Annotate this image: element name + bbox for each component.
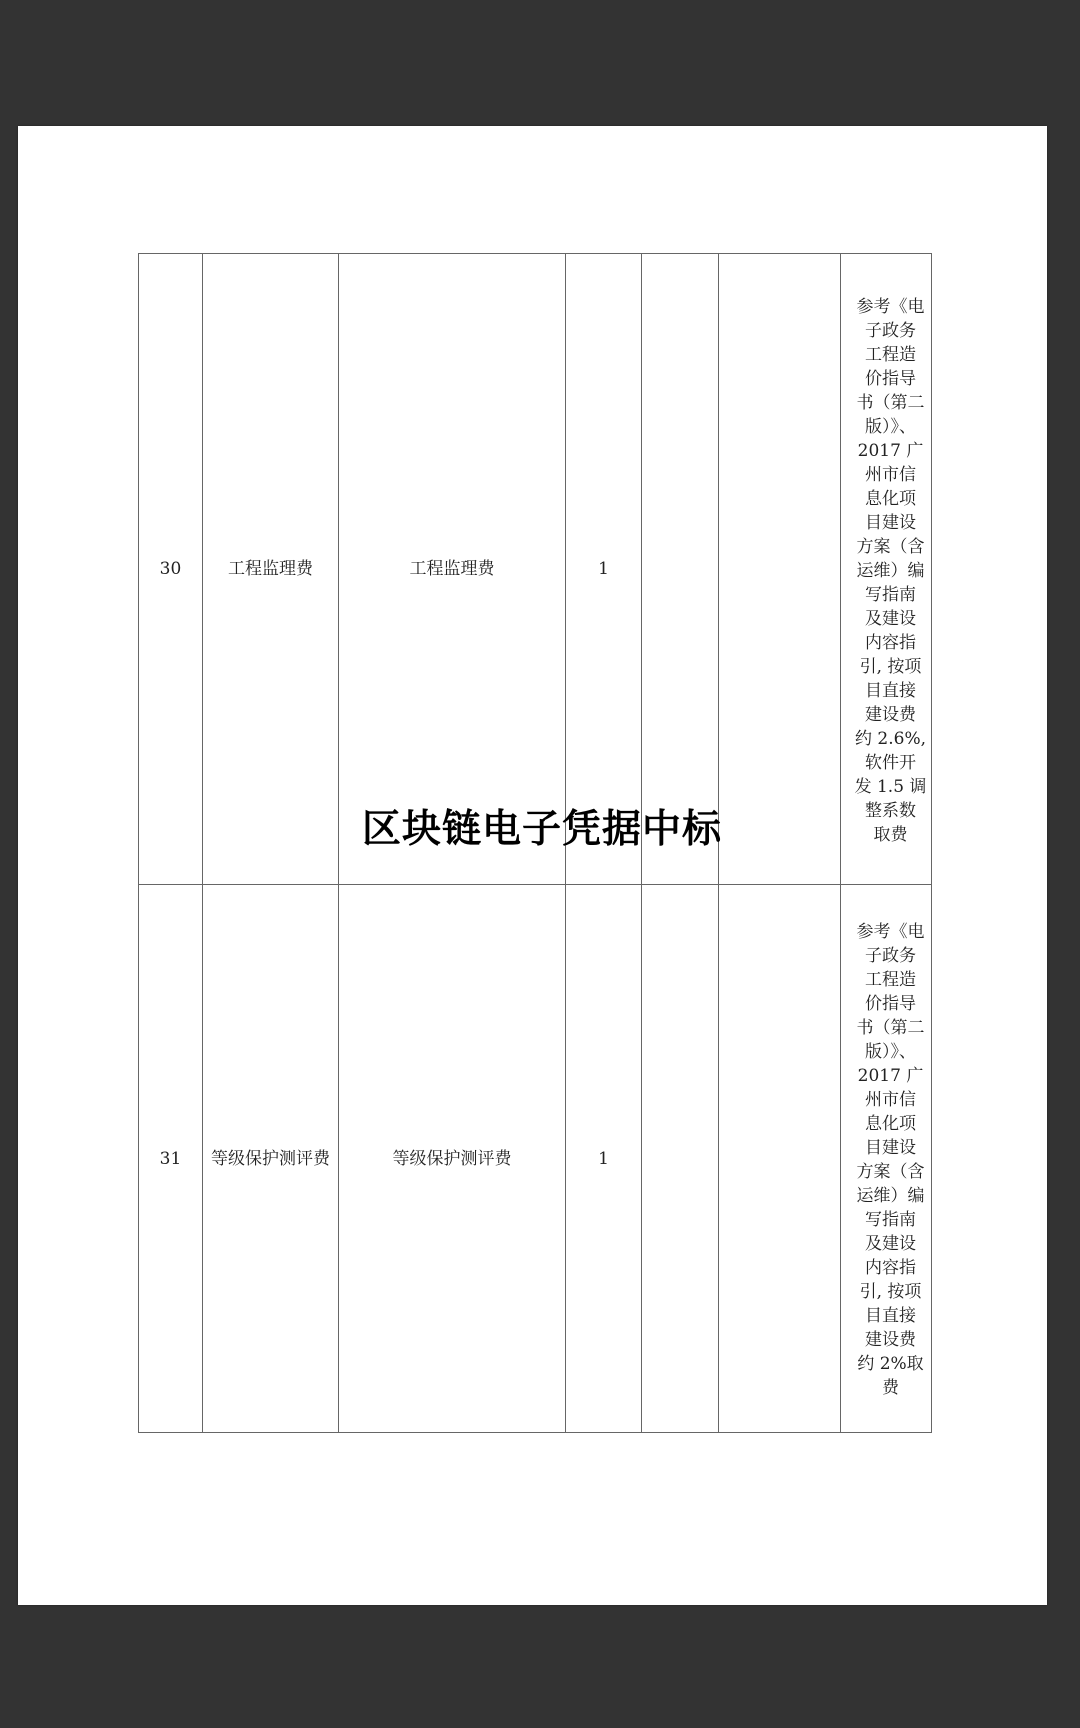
remark-line: 整系数 (850, 799, 931, 823)
remark-line: 约 2%取 (850, 1352, 931, 1376)
row-number: 31 (139, 885, 203, 1433)
table-row: 30 工程监理费 工程监理费 1 参考《电子政务工程造价指导书（第二版）》、20… (139, 254, 932, 885)
remark-line: 发 1.5 调 (850, 775, 931, 799)
remark-line: 参考《电 (850, 295, 931, 319)
empty-cell (719, 254, 841, 885)
remark-line: 目建设 (850, 511, 931, 535)
fee-content: 工程监理费 (339, 254, 566, 885)
remark-line: 写指南 (850, 583, 931, 607)
remark-line: 工程造 (850, 343, 931, 367)
remark-line: 及建设 (850, 607, 931, 631)
remark-line: 目直接 (850, 1304, 931, 1328)
remark-line: 运维）编 (850, 559, 931, 583)
remark-line: 取费 (850, 823, 931, 847)
fee-name: 等级保护测评费 (203, 885, 339, 1433)
row-number: 30 (139, 254, 203, 885)
remark-line: 州市信 (850, 463, 931, 487)
remark-line: 引, 按项 (850, 1280, 931, 1304)
remark-line: 运维）编 (850, 1184, 931, 1208)
remark-line: 息化项 (850, 487, 931, 511)
remark-line: 内容指 (850, 631, 931, 655)
remark-line: 工程造 (850, 968, 931, 992)
remark-line: 版）》、 (850, 1040, 931, 1064)
remark-line: 方案（含 (850, 535, 931, 559)
remark-line: 目直接 (850, 679, 931, 703)
fee-remark: 参考《电子政务工程造价指导书（第二版）》、2017 广州市信息化项目建设方案（含… (841, 254, 932, 885)
remark-line: 及建设 (850, 1232, 931, 1256)
remark-line: 写指南 (850, 1208, 931, 1232)
remark-line: 子政务 (850, 944, 931, 968)
remark-line: 州市信 (850, 1088, 931, 1112)
fee-name: 工程监理费 (203, 254, 339, 885)
remark-line: 参考《电 (850, 920, 931, 944)
remark-line: 子政务 (850, 319, 931, 343)
remark-line: 2017 广 (850, 1064, 931, 1088)
remark-line: 书（第二 (850, 391, 931, 415)
remark-line: 版）》、 (850, 415, 931, 439)
remark-line: 价指导 (850, 992, 931, 1016)
remark-line: 内容指 (850, 1256, 931, 1280)
remark-line: 书（第二 (850, 1016, 931, 1040)
remark-line: 息化项 (850, 1112, 931, 1136)
remark-line: 方案（含 (850, 1160, 931, 1184)
remark-line: 价指导 (850, 367, 931, 391)
remark-line: 目建设 (850, 1136, 931, 1160)
document-page: 30 工程监理费 工程监理费 1 参考《电子政务工程造价指导书（第二版）》、20… (18, 126, 1047, 1605)
fee-remark: 参考《电子政务工程造价指导书（第二版）》、2017 广州市信息化项目建设方案（含… (841, 885, 932, 1433)
empty-cell (642, 254, 719, 885)
watermark-text: 区块链电子凭据中标 (362, 804, 722, 856)
table-row: 31 等级保护测评费 等级保护测评费 1 参考《电子政务工程造价指导书（第二版）… (139, 885, 932, 1433)
remark-line: 建设费 (850, 1328, 931, 1352)
fee-quantity: 1 (566, 885, 642, 1433)
remark-line: 约 2.6%, (850, 727, 931, 751)
remark-line: 建设费 (850, 703, 931, 727)
fee-content: 等级保护测评费 (339, 885, 566, 1433)
remark-line: 2017 广 (850, 439, 931, 463)
empty-cell (719, 885, 841, 1433)
remark-line: 引, 按项 (850, 655, 931, 679)
remark-line: 软件开 (850, 751, 931, 775)
remark-line: 费 (850, 1376, 931, 1400)
fee-quantity: 1 (566, 254, 642, 885)
empty-cell (642, 885, 719, 1433)
